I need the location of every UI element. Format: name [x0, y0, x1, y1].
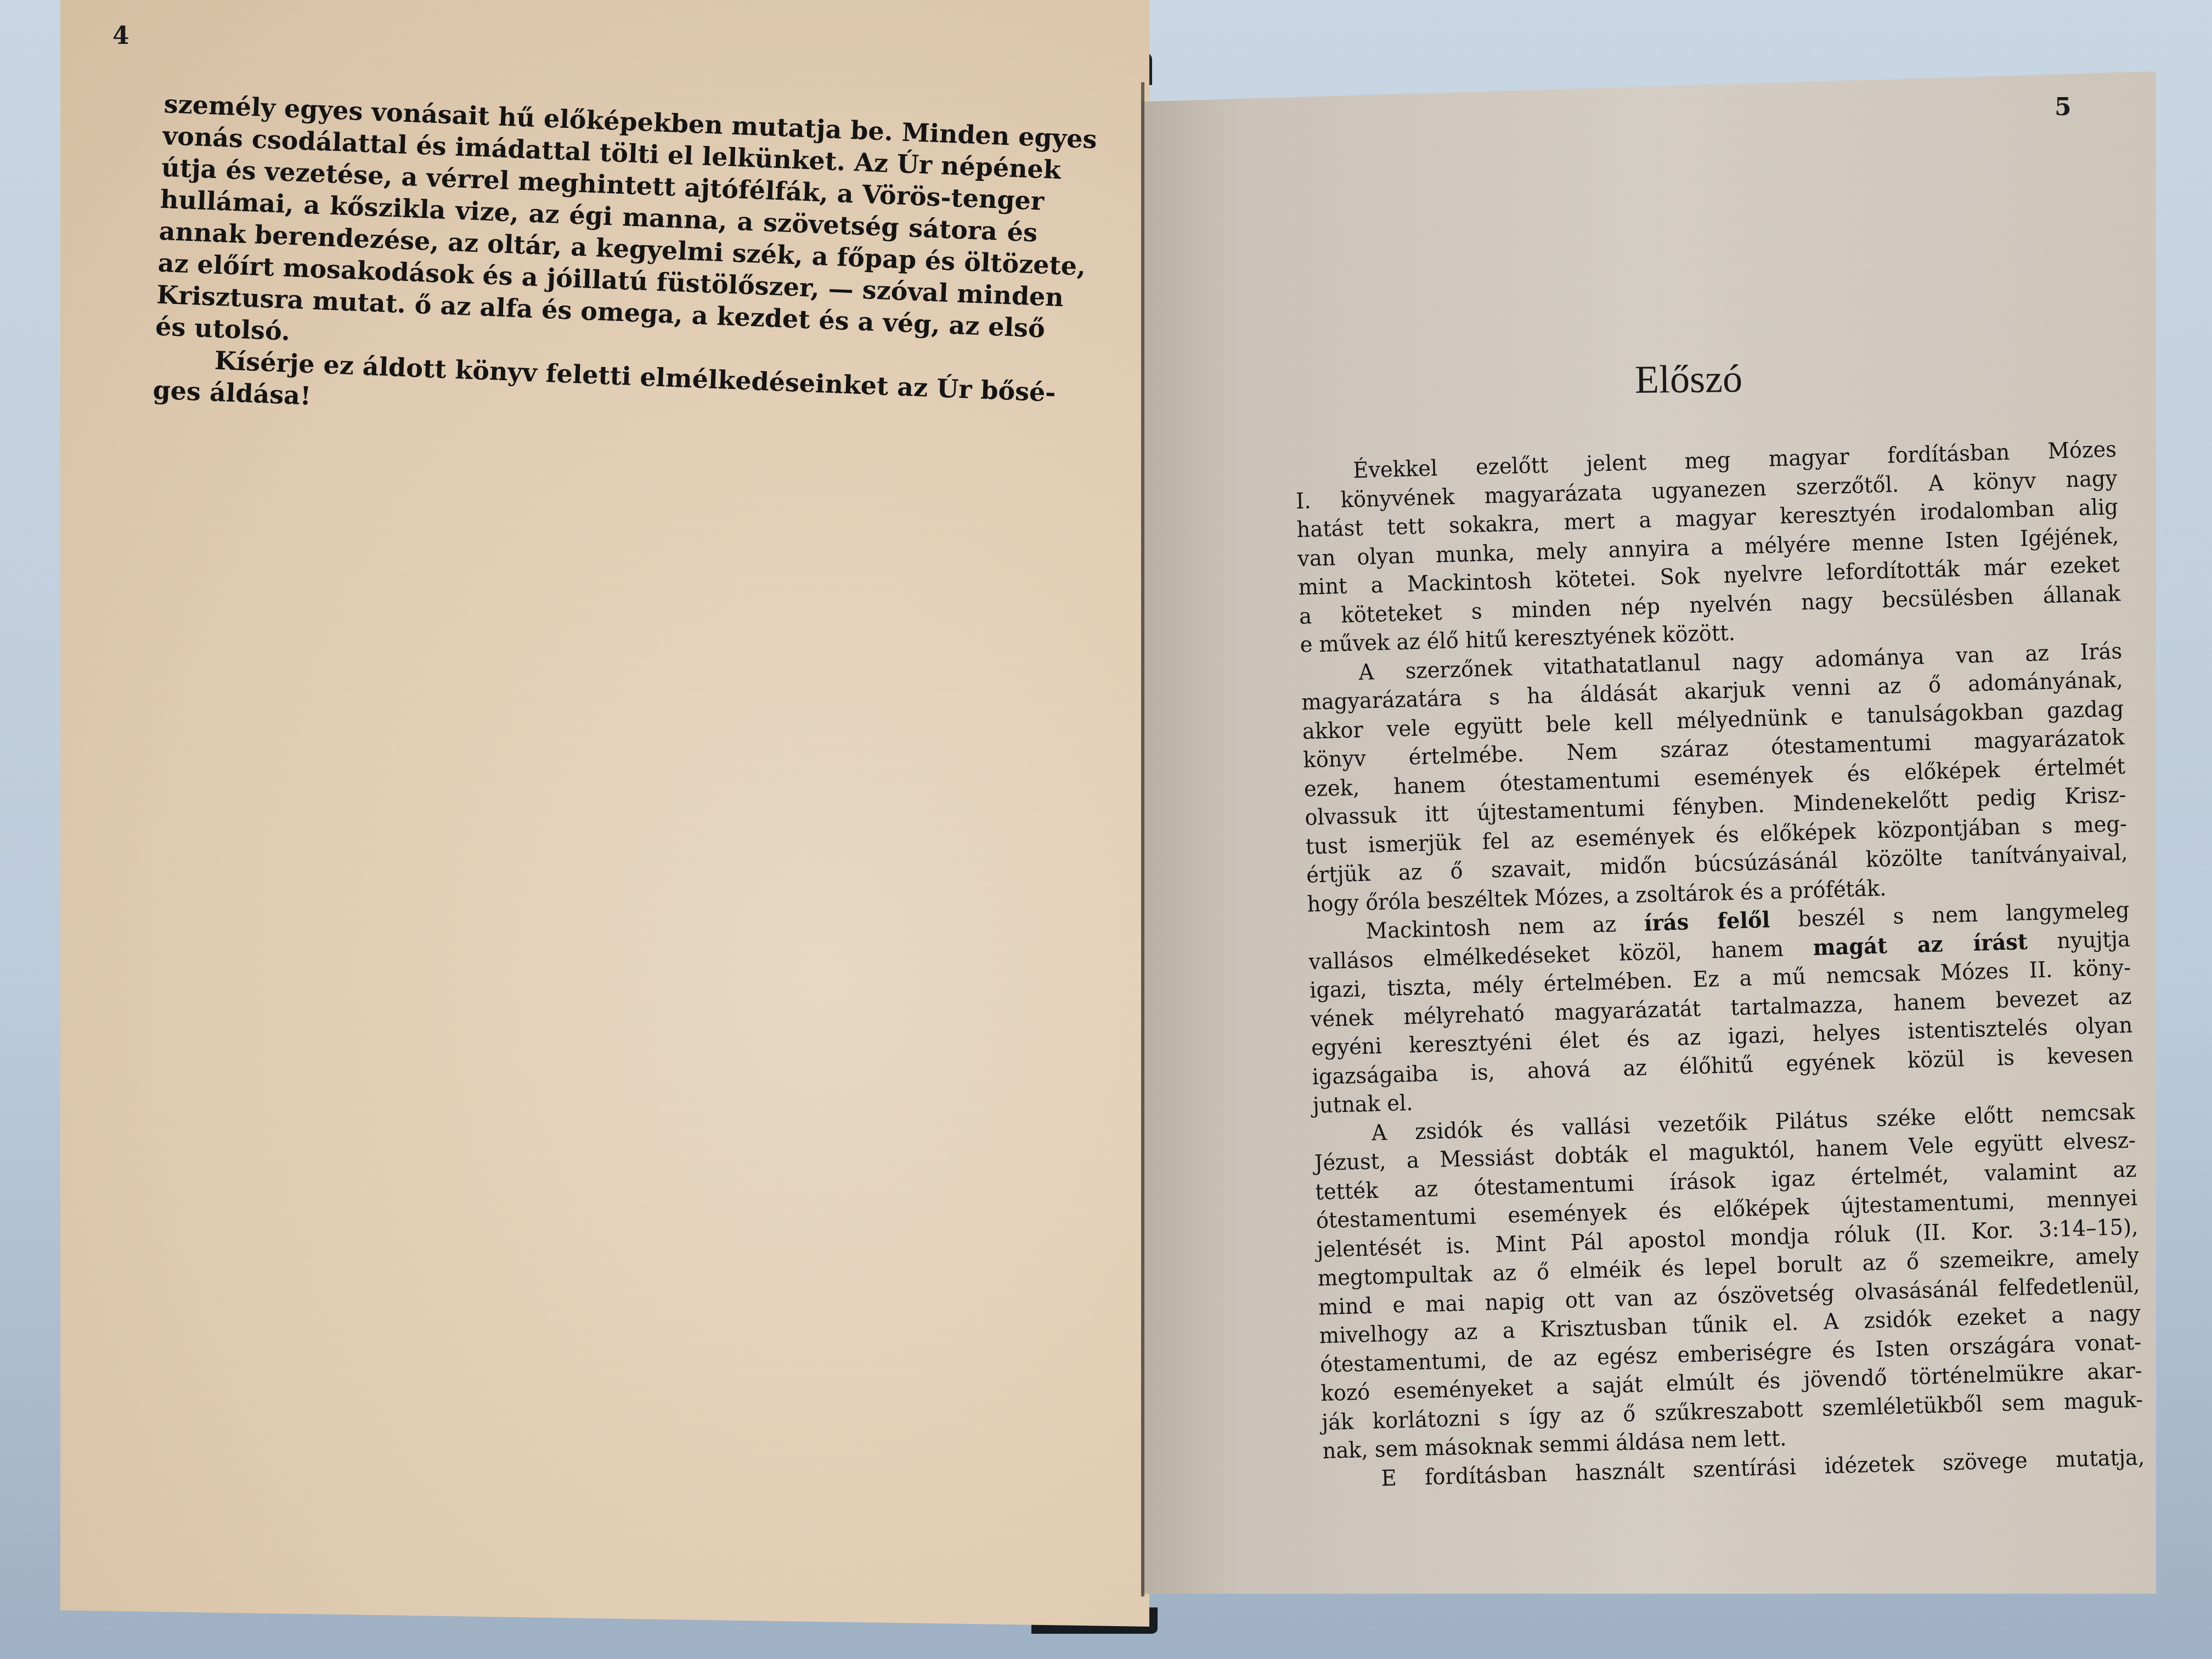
bold-phrase: magát az írást: [1813, 929, 2028, 961]
page-number-right: 5: [2055, 93, 2072, 121]
page-number-left: 4: [112, 22, 129, 50]
chapter-heading: Előszó: [1635, 356, 1743, 403]
left-page-text: személy egyes vonásait hű előképekben mu…: [153, 88, 1042, 439]
book-gutter: [1141, 82, 1144, 1596]
bold-phrase: írás felől: [1644, 907, 1770, 936]
right-page-text: Évekkel ezelőtt jelent meg magyar fordít…: [1295, 435, 2145, 1494]
